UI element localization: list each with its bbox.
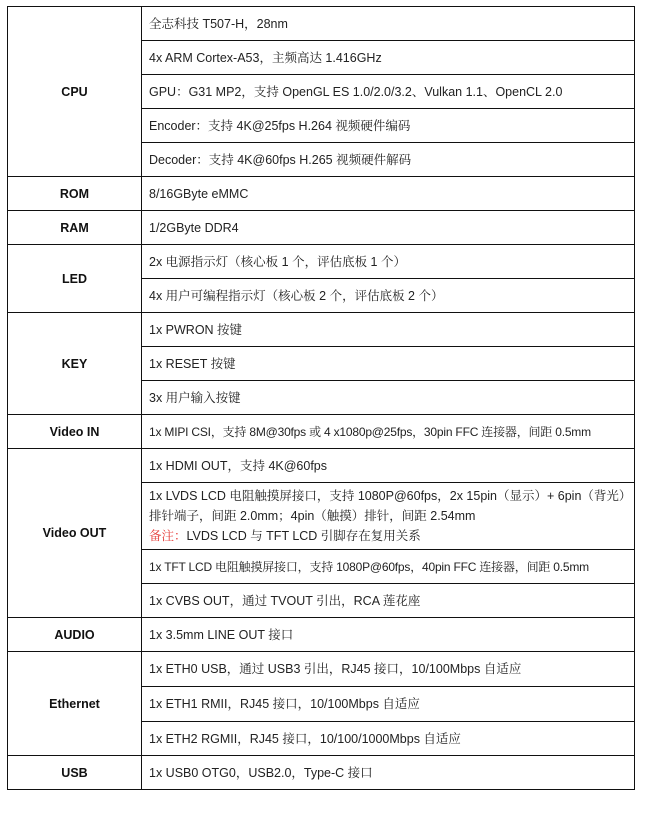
led-power: 2x 电源指示灯（核心板 1 个，评估底板 1 个） [142, 245, 635, 279]
table-row: Ethernet 1x ETH0 USB，通过 USB3 引出，RJ45 接口，… [8, 652, 635, 687]
cpu-cores: 4x ARM Cortex-A53，主频高达 1.416GHz [142, 41, 635, 75]
table-row: AUDIO 1x 3.5mm LINE OUT 接口 [8, 618, 635, 652]
row-label-video-out: Video OUT [8, 449, 142, 618]
spec-table: CPU 全志科技 T507-H，28nm 4x ARM Cortex-A53，主… [7, 6, 635, 790]
ram-value: 1/2GByte DDR4 [142, 211, 635, 245]
table-row: LED 2x 电源指示灯（核心板 1 个，评估底板 1 个） [8, 245, 635, 279]
table-row: USB 1x USB0 OTG0，USB2.0，Type-C 接口 [8, 756, 635, 790]
row-label-rom: ROM [8, 177, 142, 211]
cpu-encoder: Encoder：支持 4K@25fps H.264 视频硬件编码 [142, 109, 635, 143]
row-label-key: KEY [8, 313, 142, 415]
video-out-tft: 1x TFT LCD 电阻触摸屏接口，支持 1080P@60fps，40pin … [142, 550, 635, 584]
table-row: CPU 全志科技 T507-H，28nm [8, 7, 635, 41]
key-pwron: 1x PWRON 按键 [142, 313, 635, 347]
row-label-ram: RAM [8, 211, 142, 245]
row-label-ethernet: Ethernet [8, 652, 142, 756]
ethernet-eth2: 1x ETH2 RGMII，RJ45 接口，10/100/1000Mbps 自适… [142, 722, 635, 756]
note-text: LVDS LCD 与 TFT LCD 引脚存在复用关系 [187, 529, 421, 543]
row-label-video-in: Video IN [8, 415, 142, 449]
table-row: Video OUT 1x HDMI OUT，支持 4K@60fps [8, 449, 635, 483]
key-user: 3x 用户输入按键 [142, 381, 635, 415]
cpu-soc: 全志科技 T507-H，28nm [142, 7, 635, 41]
lvds-note: 备注：LVDS LCD 与 TFT LCD 引脚存在复用关系 [149, 526, 634, 546]
ethernet-eth0: 1x ETH0 USB，通过 USB3 引出，RJ45 接口，10/100Mbp… [142, 652, 635, 687]
video-in-mipi: 1x MIPI CSI，支持 8M@30fps 或 4 x1080p@25fps… [142, 415, 635, 449]
cpu-decoder: Decoder：支持 4K@60fps H.265 视频硬件解码 [142, 143, 635, 177]
usb-value: 1x USB0 OTG0，USB2.0，Type-C 接口 [142, 756, 635, 790]
cpu-gpu: GPU：G31 MP2，支持 OpenGL ES 1.0/2.0/3.2、Vul… [142, 75, 635, 109]
lvds-description: 1x LVDS LCD 电阻触摸屏接口，支持 1080P@60fps，2x 15… [149, 486, 634, 526]
row-label-audio: AUDIO [8, 618, 142, 652]
row-label-led: LED [8, 245, 142, 313]
video-out-cvbs: 1x CVBS OUT，通过 TVOUT 引出，RCA 莲花座 [142, 584, 635, 618]
key-reset: 1x RESET 按键 [142, 347, 635, 381]
row-label-usb: USB [8, 756, 142, 790]
video-out-lvds: 1x LVDS LCD 电阻触摸屏接口，支持 1080P@60fps，2x 15… [142, 483, 635, 550]
row-label-cpu: CPU [8, 7, 142, 177]
audio-value: 1x 3.5mm LINE OUT 接口 [142, 618, 635, 652]
table-row: Video IN 1x MIPI CSI，支持 8M@30fps 或 4 x10… [8, 415, 635, 449]
video-out-hdmi: 1x HDMI OUT，支持 4K@60fps [142, 449, 635, 483]
table-row: ROM 8/16GByte eMMC [8, 177, 635, 211]
rom-value: 8/16GByte eMMC [142, 177, 635, 211]
table-row: KEY 1x PWRON 按键 [8, 313, 635, 347]
table-row: RAM 1/2GByte DDR4 [8, 211, 635, 245]
note-label: 备注： [149, 529, 187, 543]
led-user: 4x 用户可编程指示灯（核心板 2 个，评估底板 2 个） [142, 279, 635, 313]
ethernet-eth1: 1x ETH1 RMII，RJ45 接口，10/100Mbps 自适应 [142, 687, 635, 722]
